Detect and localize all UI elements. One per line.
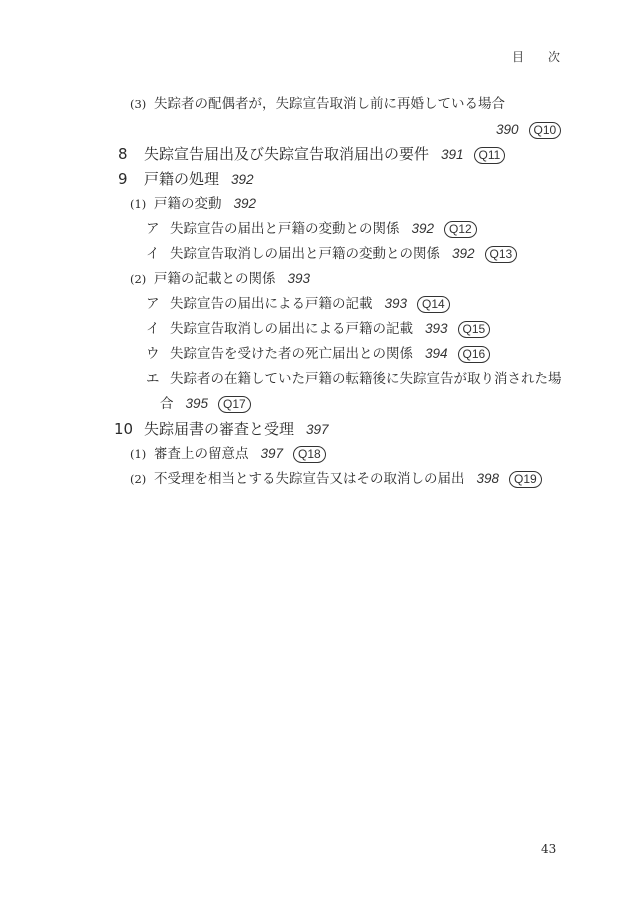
entry-page: 393 <box>385 296 408 311</box>
question-badge: Q10 <box>529 122 562 139</box>
section-title: 失踪届書の審査と受理 <box>144 420 294 438</box>
toc-entry-continuation[interactable]: 390Q10 <box>496 121 561 139</box>
entry-title: 審査上の留意点 <box>154 446 249 462</box>
entry-page: 392 <box>234 196 257 211</box>
header-left: 目 <box>512 48 524 65</box>
entry-page: 398 <box>477 471 500 486</box>
toc-entry[interactable]: (3)失踪者の配偶者が，失踪宣告取消し前に再婚している場合 <box>130 95 505 113</box>
entry-label: ウ <box>146 345 170 363</box>
question-badge: Q11 <box>474 147 506 164</box>
entry-title: 失踪宣告取消しの届出による戸籍の記載 <box>170 321 413 337</box>
question-badge: Q14 <box>417 296 450 313</box>
question-badge: Q19 <box>509 471 542 488</box>
section-number: 8 <box>118 145 144 163</box>
question-badge: Q12 <box>444 221 477 238</box>
entry-title: 失踪者の配偶者が，失踪宣告取消し前に再婚している場合 <box>154 96 505 112</box>
section-number: 10 <box>114 420 144 438</box>
entry-title: 失踪者の在籍していた戸籍の転籍後に失踪宣告が取り消された場 <box>170 371 562 387</box>
entry-number: (1) <box>130 195 154 213</box>
toc-subentry[interactable]: ア失踪宣告の届出と戸籍の変動との関係392Q12 <box>146 220 477 238</box>
entry-page: 397 <box>261 446 284 461</box>
running-header: 目次 <box>512 48 560 65</box>
toc-subentry[interactable]: イ失踪宣告取消しの届出と戸籍の変動との関係392Q13 <box>146 245 517 263</box>
entry-title: 戸籍の変動 <box>154 196 222 212</box>
entry-page: 390 <box>496 122 519 137</box>
question-badge: Q17 <box>218 396 251 413</box>
toc-subentry[interactable]: ウ失踪宣告を受けた者の死亡届出との関係394Q16 <box>146 345 490 363</box>
entry-number: (2) <box>130 470 154 488</box>
toc-entry[interactable]: (1)戸籍の変動392 <box>130 195 256 213</box>
toc-subentry[interactable]: イ失踪宣告取消しの届出による戸籍の記載393Q15 <box>146 320 490 338</box>
question-badge: Q13 <box>485 246 518 263</box>
entry-label: エ <box>146 370 170 388</box>
question-badge: Q18 <box>293 446 326 463</box>
toc-section[interactable]: 9戸籍の処理392 <box>118 170 254 189</box>
entry-title: 失踪宣告を受けた者の死亡届出との関係 <box>170 346 413 362</box>
entry-page: 394 <box>425 346 448 361</box>
entry-title: 合 <box>160 396 174 412</box>
entry-title: 不受理を相当とする失踪宣告又はその取消しの届出 <box>154 471 465 487</box>
entry-label: イ <box>146 245 170 263</box>
entry-title: 失踪宣告取消しの届出と戸籍の変動との関係 <box>170 246 440 262</box>
section-page: 392 <box>231 172 254 187</box>
section-page: 397 <box>306 422 329 437</box>
entry-title: 失踪宣告の届出と戸籍の変動との関係 <box>170 221 400 237</box>
entry-page: 393 <box>425 321 448 336</box>
entry-number: (1) <box>130 445 154 463</box>
page-number: 43 <box>541 842 556 856</box>
section-title: 失踪宣告届出及び失踪宣告取消届出の要件 <box>144 145 429 163</box>
toc-section[interactable]: 8失踪宣告届出及び失踪宣告取消届出の要件391Q11 <box>118 145 505 164</box>
toc-entry[interactable]: (2)戸籍の記載との関係393 <box>130 270 310 288</box>
entry-page: 393 <box>288 271 311 286</box>
entry-number: (3) <box>130 95 154 113</box>
section-page: 391 <box>441 147 464 162</box>
header-right: 次 <box>548 48 560 65</box>
toc-subentry[interactable]: ア失踪宣告の届出による戸籍の記載393Q14 <box>146 295 450 313</box>
question-badge: Q15 <box>458 321 491 338</box>
toc-entry[interactable]: (1)審査上の留意点397Q18 <box>130 445 326 463</box>
question-badge: Q16 <box>458 346 491 363</box>
entry-label: イ <box>146 320 170 338</box>
toc-subentry-continuation[interactable]: 合395Q17 <box>160 395 251 413</box>
entry-title: 戸籍の記載との関係 <box>154 271 276 287</box>
section-title: 戸籍の処理 <box>144 170 219 188</box>
toc-entry[interactable]: (2)不受理を相当とする失踪宣告又はその取消しの届出398Q19 <box>130 470 542 488</box>
entry-page: 392 <box>412 221 435 236</box>
entry-number: (2) <box>130 270 154 288</box>
entry-title: 失踪宣告の届出による戸籍の記載 <box>170 296 373 312</box>
toc-subentry[interactable]: エ失踪者の在籍していた戸籍の転籍後に失踪宣告が取り消された場 <box>146 370 562 388</box>
toc-section[interactable]: 10失踪届書の審査と受理397 <box>114 420 329 439</box>
entry-page: 395 <box>186 396 209 411</box>
entry-page: 392 <box>452 246 475 261</box>
entry-label: ア <box>146 295 170 313</box>
section-number: 9 <box>118 170 144 188</box>
entry-label: ア <box>146 220 170 238</box>
